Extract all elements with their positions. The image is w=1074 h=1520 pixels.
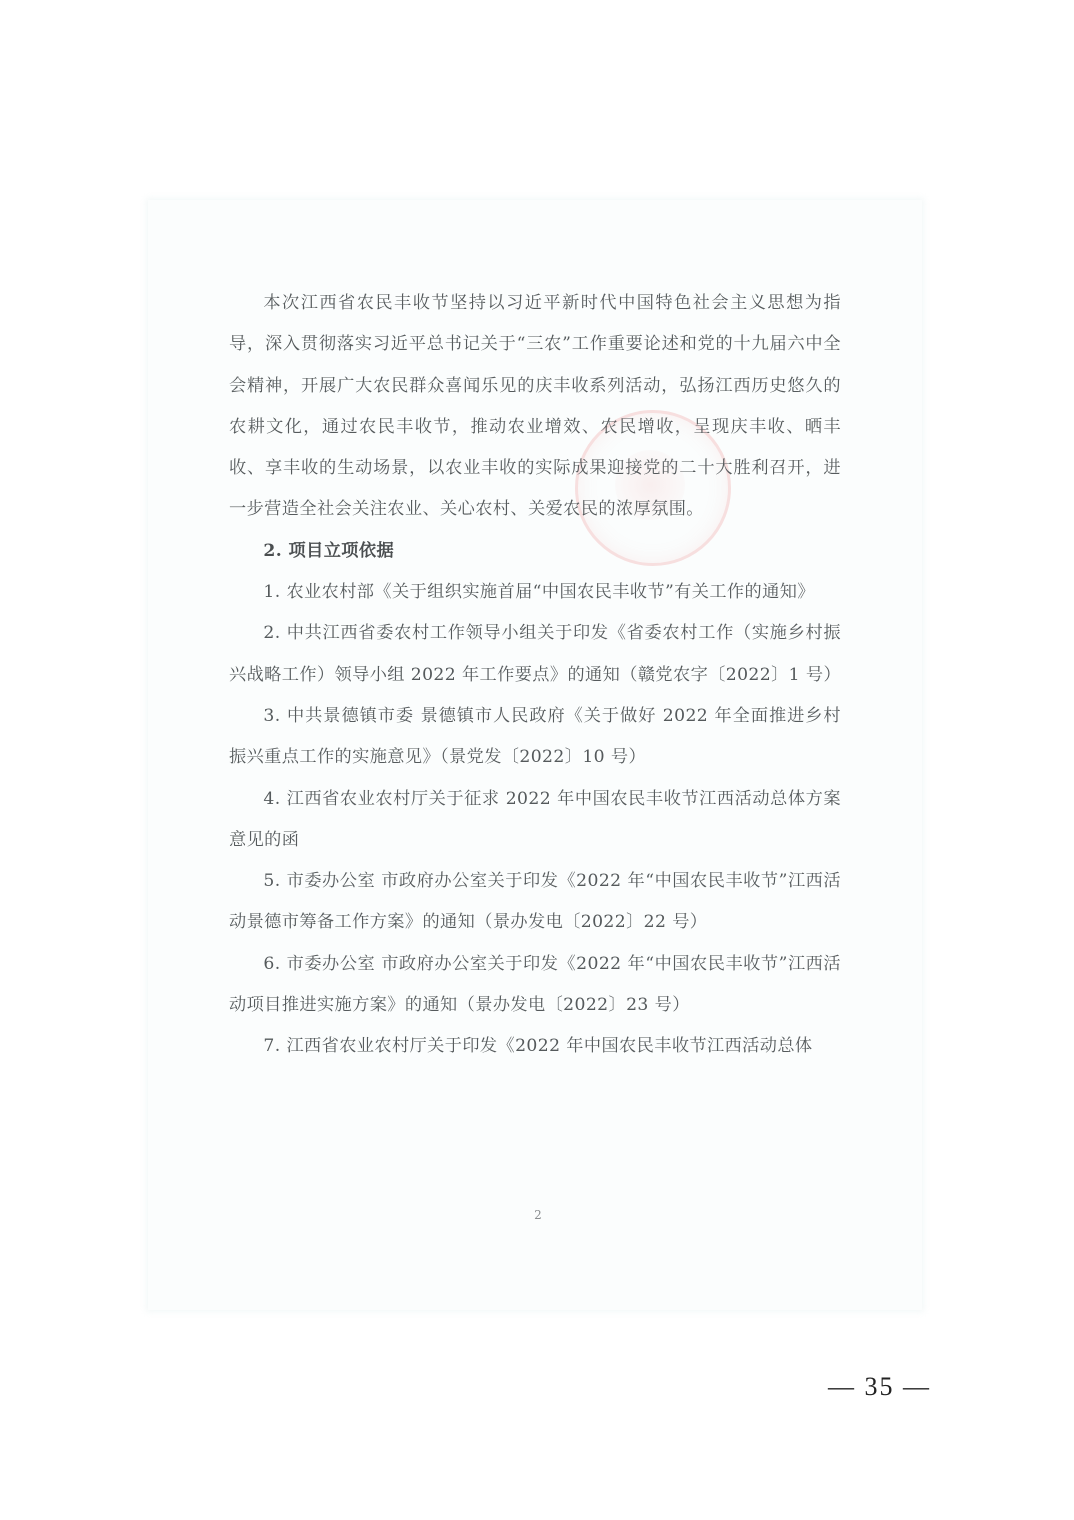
intro-paragraph: 本次江西省农民丰收节坚持以习近平新时代中国特色社会主义思想为指导，深入贯彻落实习… — [229, 283, 841, 531]
basis-item-2: 2. 中共江西省委农村工作领导小组关于印发《省委农村工作（实施乡村振兴战略工作）… — [229, 613, 841, 696]
section-heading: 2. 项目立项依据 — [229, 531, 841, 572]
basis-item-3: 3. 中共景德镇市委 景德镇市人民政府《关于做好 2022 年全面推进乡村振兴重… — [229, 696, 841, 779]
inner-page-number: 2 — [528, 1208, 548, 1222]
basis-item-6: 6. 市委办公室 市政府办公室关于印发《2022 年“中国农民丰收节”江西活动项… — [229, 944, 841, 1027]
document-body: 本次江西省农民丰收节坚持以习近平新时代中国特色社会主义思想为指导，深入贯彻落实习… — [229, 283, 841, 1068]
outer-page-number: — 35 — — [828, 1372, 931, 1402]
basis-item-4: 4. 江西省农业农村厅关于征求 2022 年中国农民丰收节江西活动总体方案意见的… — [229, 779, 841, 862]
basis-item-1: 1. 农业农村部《关于组织实施首届“中国农民丰收节”有关工作的通知》 — [229, 572, 841, 613]
basis-item-5: 5. 市委办公室 市政府办公室关于印发《2022 年“中国农民丰收节”江西活动景… — [229, 861, 841, 944]
basis-item-7: 7. 江西省农业农村厅关于印发《2022 年中国农民丰收节江西活动总体 — [229, 1026, 841, 1067]
